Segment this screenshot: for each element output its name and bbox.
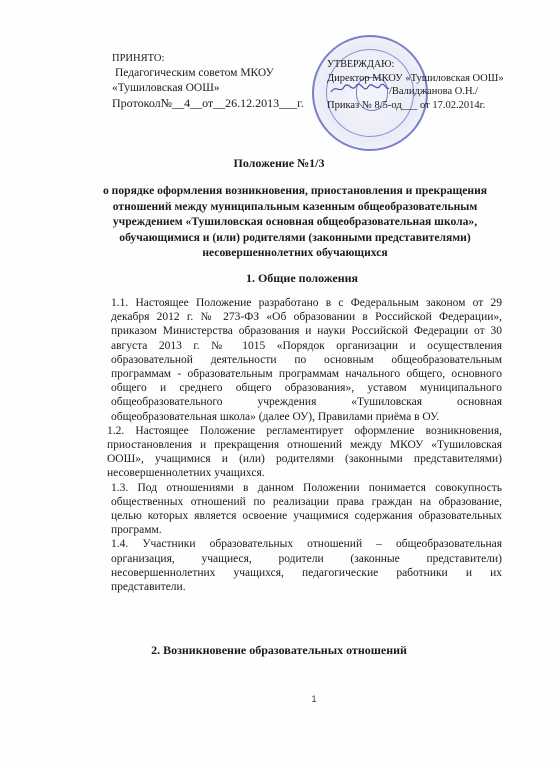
section-1-heading: 1. Общие положения: [0, 271, 558, 286]
section-2-heading: 2. Возникновение образовательных отношен…: [0, 643, 558, 658]
signature-icon: [330, 82, 390, 96]
confirmed-order: Приказ № 8/5-од___ от 17.02.2014г.: [327, 99, 504, 113]
approved-block: ПРИНЯТО: Педагогическим советом МКОУ «Ту…: [112, 51, 304, 111]
paragraph-1-2: 1.2. Настоящее Положение регламентирует …: [107, 424, 502, 481]
page-number: 1: [0, 694, 558, 704]
approved-body: Педагогическим советом МКОУ: [112, 66, 304, 81]
section-1-body: 1.1. Настоящее Положение разработано в с…: [107, 296, 502, 594]
paragraph-1-1: 1.1. Настоящее Положение разработано в с…: [107, 296, 502, 424]
document-title: Положение №1/3: [0, 156, 558, 171]
document-page: ПРИНЯТО: Педагогическим советом МКОУ «Ту…: [0, 0, 558, 768]
approved-protocol: Протокол№__4__от__26.12.2013___г.: [112, 96, 304, 111]
confirmed-label: УТВЕРЖДАЮ:: [327, 58, 504, 72]
approved-label: ПРИНЯТО:: [112, 51, 304, 66]
approved-school: «Тушиловская ООШ»: [112, 81, 304, 96]
document-subtitle: о порядке оформления возникновения, прио…: [95, 183, 495, 261]
paragraph-1-3: 1.3. Под отношениями в данном Положении …: [107, 481, 502, 538]
paragraph-1-4: 1.4. Участники образовательных отношений…: [107, 537, 502, 594]
